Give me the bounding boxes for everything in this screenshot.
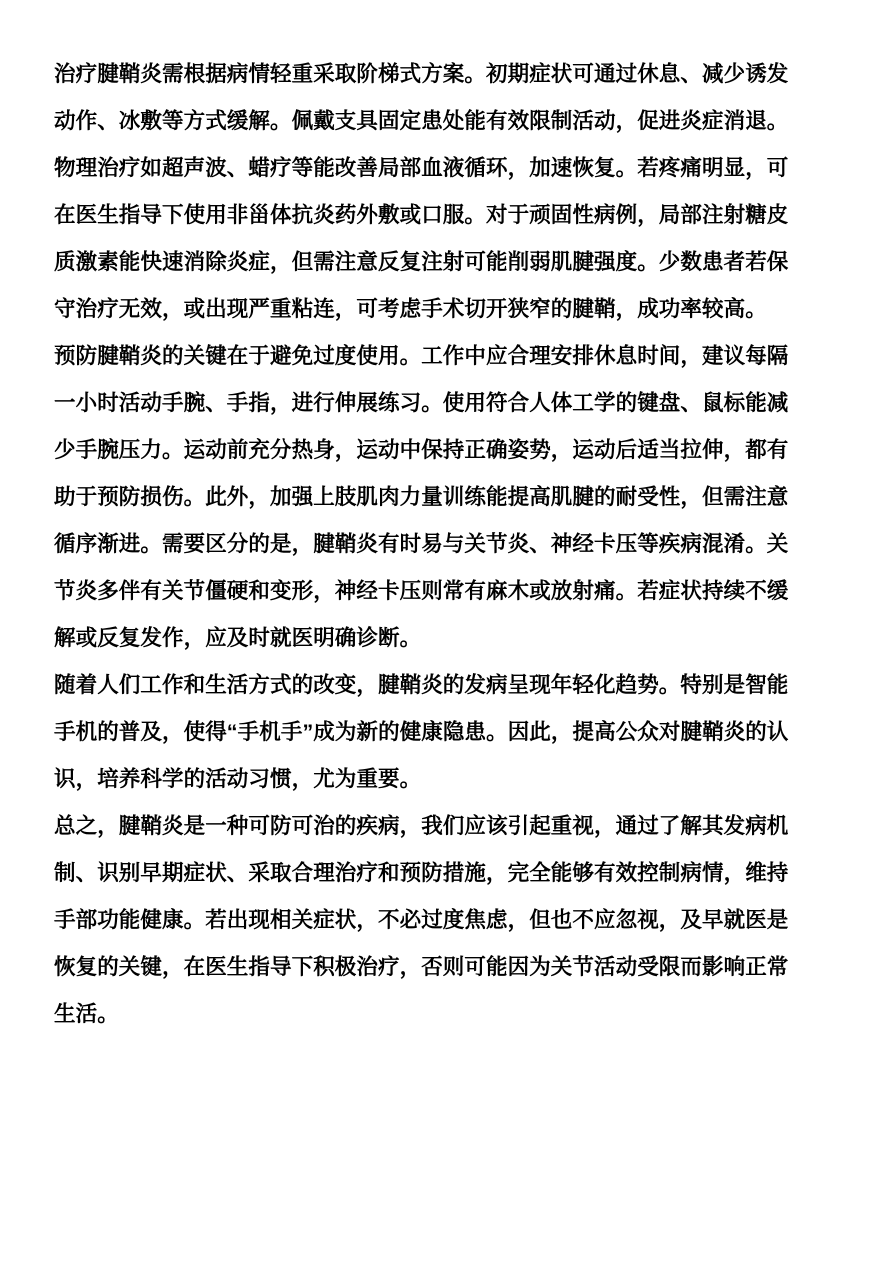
text-line: 生活。	[54, 991, 840, 1038]
text-line: 循序渐进。需要区分的是，腱鞘炎有时易与关节炎、神经卡压等疾病混淆。关	[54, 521, 840, 568]
text-line: 恢复的关键，在医生指导下积极治疗，否则可能因为关节活动受限而影响正常	[54, 944, 840, 991]
text-line: 制、识别早期症状、采取合理治疗和预防措施，完全能够有效控制病情，维持	[54, 850, 840, 897]
document-text-block: 治疗腱鞘炎需根据病情轻重采取阶梯式方案。初期症状可通过休息、减少诱发 动作、冰敷…	[54, 51, 840, 1038]
text-line: 节炎多伴有关节僵硬和变形，神经卡压则常有麻木或放射痛。若症状持续不缓	[54, 568, 840, 615]
text-line: 动作、冰敷等方式缓解。佩戴支具固定患处能有效限制活动，促进炎症消退。	[54, 98, 840, 145]
text-line: 在医生指导下使用非甾体抗炎药外敷或口服。对于顽固性病例，局部注射糖皮	[54, 192, 840, 239]
text-line: 一小时活动手腕、手指，进行伸展练习。使用符合人体工学的键盘、鼠标能减	[54, 380, 840, 427]
text-line: 物理治疗如超声波、蜡疗等能改善局部血液循环，加速恢复。若疼痛明显，可	[54, 145, 840, 192]
paragraph-conclusion: 总之，腱鞘炎是一种可防可治的疾病，我们应该引起重视，通过了解其发病机 制、识别早…	[54, 803, 840, 1038]
text-line: 手部功能健康。若出现相关症状，不必过度焦虑，但也不应忽视，及早就医是	[54, 897, 840, 944]
text-line: 质激素能快速消除炎症，但需注意反复注射可能削弱肌腱强度。少数患者若保	[54, 239, 840, 286]
text-line: 治疗腱鞘炎需根据病情轻重采取阶梯式方案。初期症状可通过休息、减少诱发	[54, 51, 840, 98]
document-page: 治疗腱鞘炎需根据病情轻重采取阶梯式方案。初期症状可通过休息、减少诱发 动作、冰敷…	[0, 0, 893, 1262]
text-line: 总之，腱鞘炎是一种可防可治的疾病，我们应该引起重视，通过了解其发病机	[54, 803, 840, 850]
paragraph-prevention: 预防腱鞘炎的关键在于避免过度使用。工作中应合理安排休息时间，建议每隔 一小时活动…	[54, 333, 840, 662]
text-line: 识，培养科学的活动习惯，尤为重要。	[54, 756, 840, 803]
text-line: 解或反复发作，应及时就医明确诊断。	[54, 615, 840, 662]
text-line: 助于预防损伤。此外，加强上肢肌肉力量训练能提高肌腱的耐受性，但需注意	[54, 474, 840, 521]
text-line: 预防腱鞘炎的关键在于避免过度使用。工作中应合理安排休息时间，建议每隔	[54, 333, 840, 380]
text-line: 守治疗无效，或出现严重粘连，可考虑手术切开狭窄的腱鞘，成功率较高。	[54, 286, 840, 333]
text-line: 随着人们工作和生活方式的改变，腱鞘炎的发病呈现年轻化趋势。特别是智能	[54, 662, 840, 709]
paragraph-treatment: 治疗腱鞘炎需根据病情轻重采取阶梯式方案。初期症状可通过休息、减少诱发 动作、冰敷…	[54, 51, 840, 333]
text-line: 手机的普及，使得“手机手”成为新的健康隐患。因此，提高公众对腱鞘炎的认	[54, 709, 840, 756]
text-line: 少手腕压力。运动前充分热身，运动中保持正确姿势，运动后适当拉伸，都有	[54, 427, 840, 474]
paragraph-trend: 随着人们工作和生活方式的改变，腱鞘炎的发病呈现年轻化趋势。特别是智能 手机的普及…	[54, 662, 840, 803]
